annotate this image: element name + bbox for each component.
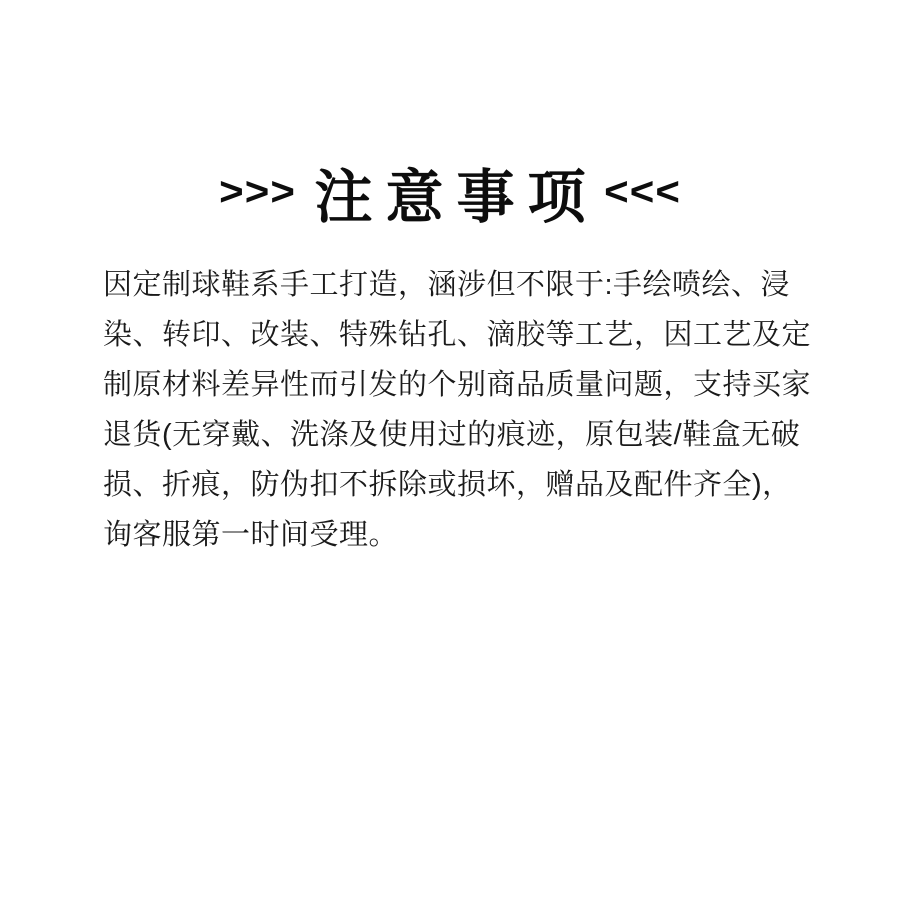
notice-line: 询客服第一时间受理。 bbox=[103, 510, 800, 560]
page-title: >>> 注意事项 <<< bbox=[0, 150, 900, 234]
notice-page: >>> 注意事项 <<< 因定制球鞋系手工打造，涵涉但不限于:手绘喷绘、浸 染、… bbox=[0, 0, 900, 900]
notice-line: 制原材料差异性而引发的个别商品质量问题，支持买家 bbox=[103, 360, 800, 410]
left-chevrons-icon: >>> bbox=[220, 170, 297, 215]
right-chevrons-icon: <<< bbox=[604, 170, 681, 215]
notice-line: 染、转印、改装、特殊钻孔、滴胶等工艺，因工艺及定 bbox=[103, 310, 800, 360]
notice-line: 损、折痕，防伪扣不拆除或损坏，赠品及配件齐全)， bbox=[103, 460, 800, 510]
notice-line: 退货(无穿戴、洗涤及使用过的痕迹，原包装/鞋盒无破 bbox=[103, 410, 800, 460]
notice-body: 因定制球鞋系手工打造，涵涉但不限于:手绘喷绘、浸 染、转印、改装、特殊钻孔、滴胶… bbox=[103, 260, 800, 560]
notice-line: 因定制球鞋系手工打造，涵涉但不限于:手绘喷绘、浸 bbox=[103, 260, 800, 310]
title-text: 注意事项 bbox=[308, 150, 604, 234]
